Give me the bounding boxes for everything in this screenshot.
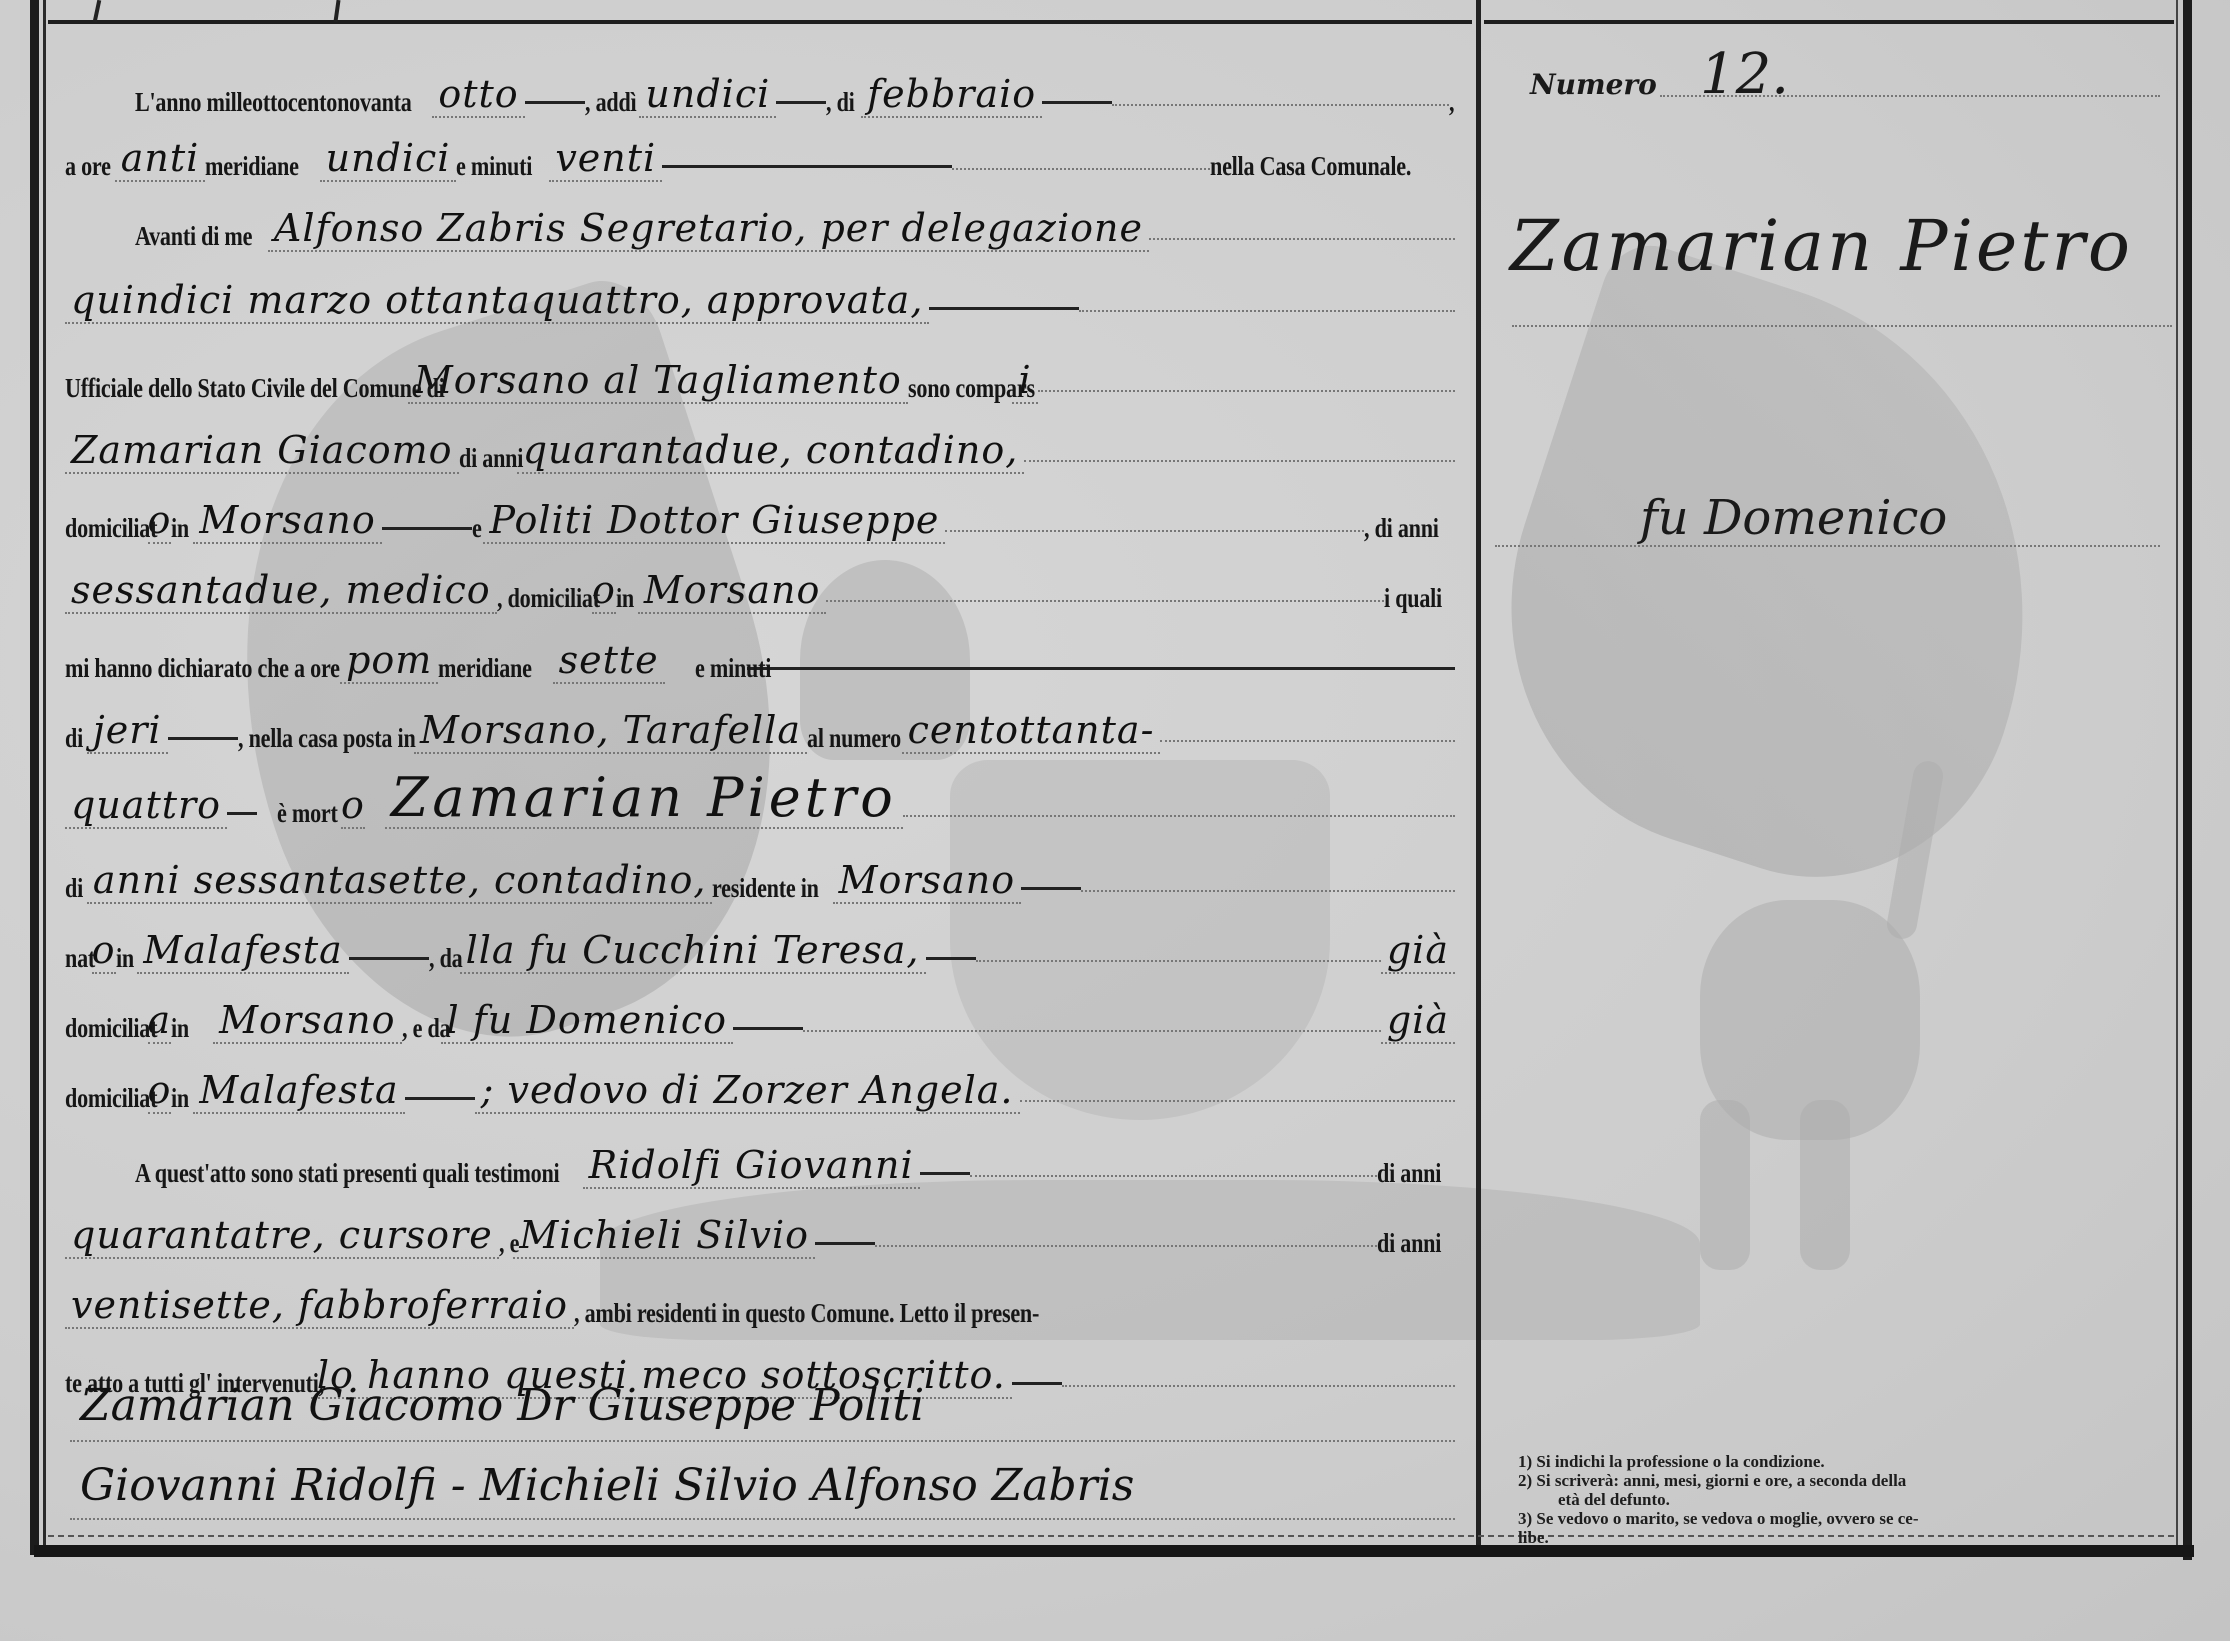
handwritten-witness2-detail: ventisette, fabbroferraio	[65, 1285, 574, 1329]
printed-text: e minuti	[456, 151, 532, 182]
margin-father-name: fu Domenico	[1640, 490, 1947, 546]
fill-stroke	[926, 956, 976, 960]
printed-text: domiciliat	[65, 1013, 157, 1044]
printed-text: residente in	[712, 873, 819, 904]
handwritten-day: undici	[639, 74, 776, 118]
printed-text: , da	[429, 943, 462, 974]
fill-stroke	[776, 100, 826, 104]
ink-stroke	[333, 0, 340, 22]
footnote-3: 3) Se vedovo o marito, se vedova o mogli…	[1518, 1509, 2158, 1528]
fill-stroke	[525, 100, 585, 104]
record-line-comune: Ufficiale dello Stato Civile del Comune …	[65, 340, 1455, 404]
handwritten-comune: Morsano al Tagliamento	[408, 360, 908, 404]
printed-text: meridiane	[205, 151, 299, 182]
handwritten-declarant-name: Zamarian Giacomo	[65, 430, 459, 474]
handwritten-age-profession: anni sessantasette, contadino,	[87, 860, 713, 904]
handwritten-month: febbraio	[861, 74, 1042, 118]
printed-text: di anni	[459, 443, 523, 474]
record-line-marital: domiciliat o in Malafesta ; vedovo di Zo…	[65, 1050, 1455, 1114]
fill-stroke	[815, 1241, 875, 1245]
watermark-lion-body	[1700, 900, 1920, 1140]
watermark-lion-leg	[1800, 1100, 1850, 1270]
handwritten-gia: già	[1381, 1000, 1455, 1044]
frame-border-right-inner	[2176, 0, 2178, 1555]
printed-text: di anni	[1377, 1158, 1441, 1189]
handwritten-house-number: centottanta-	[902, 710, 1161, 754]
handwritten-delegation: quindici marzo ottantaquattro, approvata…	[65, 280, 929, 324]
printed-text: i quali	[1384, 583, 1442, 614]
signature-line-1: Zamarian Giacomo Dr Giuseppe Politi	[80, 1380, 924, 1431]
handwritten-marital-status: ; vedovo di Zorzer Angela.	[475, 1070, 1020, 1114]
printed-text: , e da	[402, 1013, 450, 1044]
footnote-1: 1) Si indichi la professione o la condiz…	[1518, 1452, 2158, 1471]
handwritten-mother: lla fu Cucchini Teresa,	[460, 930, 926, 974]
handwritten-witness2: Michieli Silvio	[513, 1215, 815, 1259]
dotted-fill	[1038, 389, 1455, 392]
dotted-fill	[1024, 459, 1455, 462]
frame-border-left-inner	[43, 0, 46, 1555]
printed-text: L'anno milleottocentonovanta	[135, 87, 412, 118]
printed-text: al numero	[807, 723, 901, 754]
printed-text: in	[171, 513, 189, 544]
dotted-fill	[1020, 1099, 1455, 1102]
handwritten-ampm: anti	[115, 138, 206, 182]
printed-text: , ambi residenti in questo Comune. Letto…	[574, 1298, 1039, 1329]
printed-text: nat	[65, 943, 95, 974]
fill-stroke	[1042, 100, 1112, 104]
dotted-fill	[1149, 237, 1455, 240]
printed-text: in	[616, 583, 634, 614]
dotted-fill	[1112, 103, 1448, 106]
handwritten-ampm: pom	[340, 640, 438, 684]
printed-text: mi hanno dichiarato che a ore	[65, 653, 340, 684]
handwritten-place: Morsano	[638, 570, 826, 614]
fill-stroke	[747, 666, 1455, 670]
signature-line-2: Giovanni Ridolfi - Michieli Silvio Alfon…	[80, 1460, 1134, 1511]
printed-text: domiciliat	[65, 1083, 157, 1114]
fill-stroke	[405, 1096, 475, 1100]
dotted-fill	[976, 959, 1381, 962]
footnotes: 1) Si indichi la professione o la condiz…	[1518, 1452, 2158, 1547]
top-rule	[48, 20, 1472, 24]
handwritten-declarant-age: quarantadue, contadino,	[517, 430, 1025, 474]
handwritten-place: Morsano	[213, 1000, 401, 1044]
printed-text: sono compars	[908, 373, 1035, 404]
printed-text: meridiane	[438, 653, 532, 684]
dotted-fill	[803, 1029, 1381, 1032]
record-number: 12.	[1700, 42, 1789, 107]
handwritten-declarant2-name: Politi Dottor Giuseppe	[483, 500, 945, 544]
handwritten-gender: o	[341, 785, 365, 829]
document-sheet: L'anno milleottocentonovanta otto , addì…	[0, 0, 2230, 1641]
record-line-officer: Avanti di me Alfonso Zabris Segretario, …	[65, 188, 1455, 252]
record-line-death-place: di jeri , nella casa posta in Morsano, T…	[65, 690, 1455, 754]
dotted-fill	[70, 1440, 1455, 1442]
footnote-3-cont: libe.	[1518, 1528, 2158, 1547]
printed-text: e	[472, 513, 482, 544]
fill-stroke	[1012, 1381, 1062, 1385]
printed-text: in	[171, 1013, 189, 1044]
printed-text: A quest'atto sono stati presenti quali t…	[135, 1158, 559, 1189]
handwritten-year: otto	[432, 74, 524, 118]
printed-text: , addì	[585, 87, 636, 118]
handwritten-gia: già	[1381, 930, 1455, 974]
printed-text: domiciliat	[65, 513, 157, 544]
fill-stroke	[382, 526, 472, 530]
dotted-fill	[970, 1174, 1377, 1177]
numero-label: Numero	[1530, 68, 1657, 101]
watermark-wing-right	[1446, 233, 2114, 926]
fill-stroke	[227, 811, 257, 815]
record-line-death-time: mi hanno dichiarato che a ore pom meridi…	[65, 620, 1455, 684]
handwritten-father: l fu Domenico	[441, 1000, 734, 1044]
top-rule	[1484, 20, 2174, 24]
record-line-time: a ore anti meridiane undici e minuti ven…	[65, 118, 1455, 182]
handwritten-house-location: Morsano, Tarafella	[414, 710, 807, 754]
record-line-deceased: quattro è mort o Zamarian Pietro	[65, 765, 1455, 829]
handwritten-witness1-detail: quarantatre, cursore	[65, 1215, 499, 1259]
dotted-fill	[875, 1244, 1377, 1247]
printed-text: , e	[499, 1228, 519, 1259]
frame-border-right	[2183, 0, 2192, 1560]
handwritten-officer: Alfonso Zabris Segretario, per delegazio…	[268, 208, 1149, 252]
handwritten-hour: undici	[320, 138, 457, 182]
fill-stroke	[662, 164, 952, 168]
handwritten-birthplace: Malafesta	[137, 930, 348, 974]
printed-text: in	[116, 943, 134, 974]
handwritten-place: Malafesta	[193, 1070, 404, 1114]
record-line-declarant2: domiciliat o in Morsano e Politi Dottor …	[65, 480, 1455, 544]
dotted-fill	[1512, 325, 2172, 327]
handwritten-witness1: Ridolfi Giovanni	[583, 1145, 920, 1189]
handwritten-hour: sette	[553, 640, 665, 684]
dotted-fill	[945, 529, 1364, 532]
ink-stroke	[93, 0, 101, 22]
printed-text: ,	[1449, 87, 1454, 118]
fill-stroke	[920, 1171, 970, 1175]
handwritten-house-number-cont: quattro	[65, 785, 227, 829]
printed-text: , di anni	[1364, 513, 1439, 544]
footnote-2-cont: età del defunto.	[1518, 1490, 2158, 1509]
printed-text: Avanti di me	[135, 221, 252, 252]
dotted-fill	[903, 814, 1455, 817]
fill-stroke	[733, 1026, 803, 1030]
printed-text: di	[65, 873, 83, 904]
record-line-declarant2-detail: sessantadue, medico , domiciliat o in Mo…	[65, 550, 1455, 614]
column-divider	[1476, 0, 1481, 1548]
record-line-witnesses: A quest'atto sono stati presenti quali t…	[65, 1125, 1455, 1189]
handwritten-day-ref: jeri	[87, 710, 168, 754]
handwritten-residence: Morsano	[833, 860, 1021, 904]
dotted-fill	[1081, 889, 1455, 892]
dotted-fill	[1660, 95, 2160, 97]
dotted-fill	[826, 599, 1384, 602]
fill-stroke	[1021, 886, 1081, 890]
record-line-deceased-age: di anni sessantasette, contadino, reside…	[65, 840, 1455, 904]
frame-border-left	[30, 0, 39, 1555]
printed-text: e minuti	[695, 653, 771, 684]
watermark-lion-tail	[1885, 759, 1946, 941]
handwritten-place: Morsano	[193, 500, 381, 544]
dotted-fill	[1079, 309, 1455, 312]
record-line-witness2: quarantatre, cursore , e Michieli Silvio…	[65, 1195, 1455, 1259]
printed-text: è mort	[277, 798, 338, 829]
handwritten-age-profession: sessantadue, medico	[65, 570, 497, 614]
dotted-fill	[1495, 545, 2160, 547]
watermark-lion-leg	[1700, 1100, 1750, 1270]
margin-deceased-name: Zamarian Pietro	[1510, 205, 2133, 287]
fill-stroke	[929, 306, 1079, 310]
printed-text: in	[171, 1083, 189, 1114]
dotted-fill	[1160, 739, 1455, 742]
record-line-declarant1: Zamarian Giacomo di anni quarantadue, co…	[65, 410, 1455, 474]
record-line-father: domiciliat a in Morsano , e da l fu Dome…	[65, 980, 1455, 1044]
fill-stroke	[349, 956, 429, 960]
dotted-fill	[952, 167, 1210, 170]
handwritten-minutes: venti	[549, 138, 662, 182]
record-line-date: L'anno milleottocentonovanta otto , addì…	[65, 54, 1455, 118]
record-line-birth-mother: nat o in Malafesta , da lla fu Cucchini …	[65, 910, 1455, 974]
handwritten-deceased-name: Zamarian Pietro	[385, 768, 903, 829]
footnote-2: 2) Si scriverà: anni, mesi, giorni e ore…	[1518, 1471, 2158, 1490]
printed-text: di	[65, 723, 83, 754]
printed-text: , di	[826, 87, 855, 118]
dotted-fill	[1062, 1384, 1455, 1387]
printed-text: di anni	[1377, 1228, 1441, 1259]
fill-stroke	[168, 736, 238, 740]
printed-text: a ore	[65, 151, 111, 182]
printed-text: nella Casa Comunale.	[1210, 151, 1411, 182]
record-line-witness2-detail: ventisette, fabbroferraio , ambi residen…	[65, 1265, 1455, 1329]
printed-text: , domiciliat	[497, 583, 600, 614]
record-line-delegation: quindici marzo ottantaquattro, approvata…	[65, 260, 1455, 324]
dotted-fill	[70, 1518, 1455, 1520]
printed-text: , nella casa posta in	[238, 723, 416, 754]
printed-text: Ufficiale dello Stato Civile del Comune …	[65, 373, 445, 404]
